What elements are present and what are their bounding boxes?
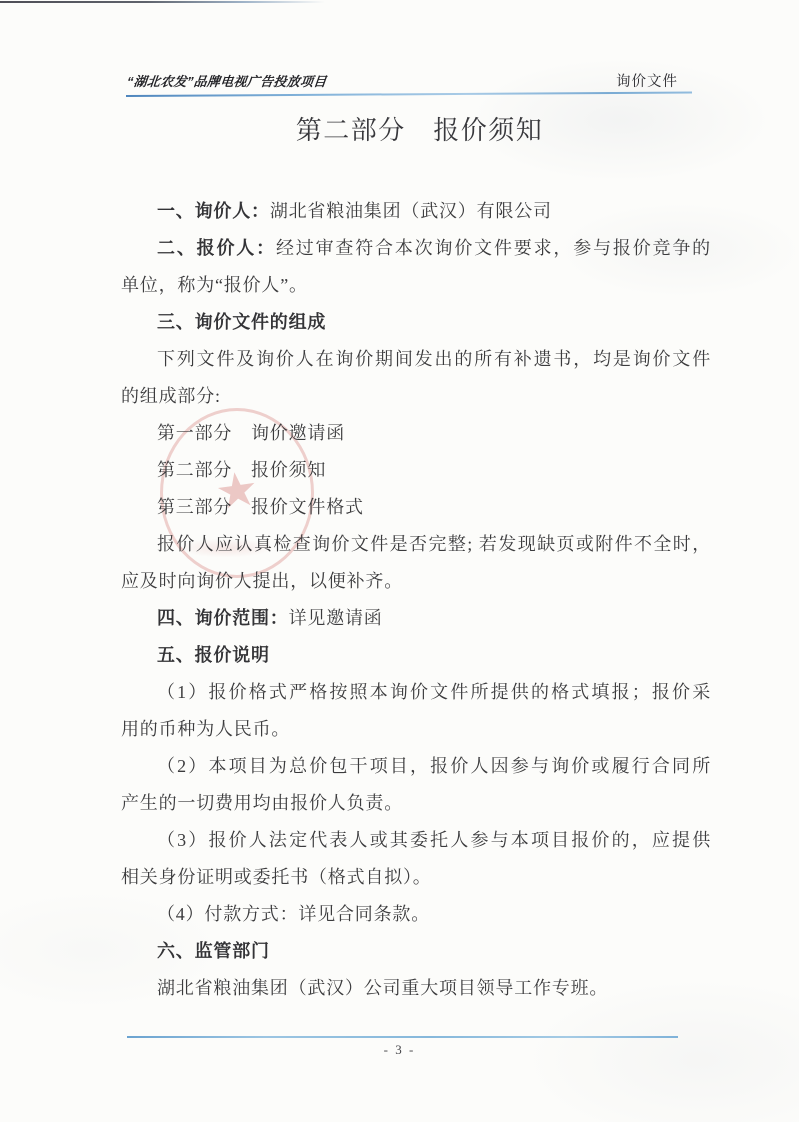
body-line: 二、报价人：经过审查符合本次询价文件要求，参与报价竞争的: [121, 230, 711, 267]
page-header: “湖北农发”品牌电视广告投放项目 询价文件: [127, 70, 678, 91]
body-line: 五、报价说明: [121, 637, 711, 674]
body-line-text: 详见邀请函: [289, 608, 383, 628]
body-line: 四、询价范围：详见邀请函: [121, 600, 711, 637]
body-line-text: 的组成部分:: [121, 386, 221, 406]
body-line-text: （2）本项目为总价包干项目，报价人因参与询价或履行合同所: [157, 756, 711, 776]
body-line: 三、询价文件的组成: [121, 304, 711, 341]
body-line: 的组成部分:: [121, 378, 711, 415]
body-line: 下列文件及询价人在询价期间发出的所有补遗书，均是询价文件: [121, 341, 711, 378]
body-line-text: 第三部分 报价文件格式: [157, 497, 364, 517]
body-line-text: 湖北省粮油集团（武汉）有限公司: [270, 201, 552, 221]
body-line: （3）报价人法定代表人或其委托人参与本项目报价的，应提供: [121, 822, 711, 859]
body-line: 应及时向询价人提出，以便补齐。: [121, 563, 711, 600]
body-line-text: 第二部分 报价须知: [157, 460, 326, 480]
footer-rule: [127, 1036, 678, 1038]
body-line-text: （3）报价人法定代表人或其委托人参与本项目报价的，应提供: [157, 830, 711, 850]
page-number: - 3 -: [0, 1042, 799, 1058]
scan-edge-artifact: [0, 1, 325, 3]
body-text: 一、询价人：湖北省粮油集团（武汉）有限公司二、报价人：经过审查符合本次询价文件要…: [121, 193, 711, 1007]
header-doc-type: 询价文件: [616, 70, 678, 91]
body-line-heading: 五、报价说明: [157, 645, 270, 665]
body-line: （1）报价格式严格按照本询价文件所提供的格式填报；报价采: [121, 674, 711, 711]
body-line: 相关身份证明或委托书（格式自拟）。: [121, 859, 711, 896]
document-page: “湖北农发”品牌电视广告投放项目 询价文件 第二部分 报价须知 ★ 一、询价人：…: [0, 0, 799, 1122]
body-line-text: 用的币种为人民币。: [121, 719, 290, 739]
body-line: 单位，称为“报价人”。: [121, 267, 711, 304]
body-line-text: 第一部分 询价邀请函: [157, 423, 345, 443]
body-line-text: （4）付款方式：详见合同条款。: [157, 904, 430, 924]
body-line-text: 应及时向询价人提出，以便补齐。: [121, 571, 403, 591]
body-line: 用的币种为人民币。: [121, 711, 711, 748]
body-line-heading: 二、报价人：: [157, 238, 276, 258]
body-line-text: （1）报价格式严格按照本询价文件所提供的格式填报；报价采: [157, 682, 711, 702]
body-line: 第三部分 报价文件格式: [121, 489, 711, 526]
body-line-heading: 六、监管部门: [157, 941, 270, 961]
body-line: （2）本项目为总价包干项目，报价人因参与询价或履行合同所: [121, 748, 711, 785]
body-line: （4）付款方式：详见合同条款。: [121, 896, 711, 933]
body-line: 第二部分 报价须知: [121, 452, 711, 489]
body-line-text: 单位，称为“报价人”。: [121, 275, 308, 295]
body-line-text: 产生的一切费用均由报价人负责。: [121, 793, 403, 813]
body-line-heading: 一、询价人：: [157, 201, 270, 221]
body-line-text: 下列文件及询价人在询价期间发出的所有补遗书，均是询价文件: [157, 349, 711, 369]
page-title: 第二部分 报价须知: [40, 110, 799, 147]
body-line-heading: 三、询价文件的组成: [157, 312, 326, 332]
body-line-text: 经过审查符合本次询价文件要求，参与报价竞争的: [276, 238, 711, 258]
body-line: 产生的一切费用均由报价人负责。: [121, 785, 711, 822]
body-line-heading: 四、询价范围：: [157, 608, 289, 628]
body-line: 六、监管部门: [121, 933, 711, 970]
body-line: 报价人应认真检查询价文件是否完整; 若发现缺页或附件不全时，: [121, 526, 711, 563]
body-line-text: 相关身份证明或委托书（格式自拟）。: [121, 867, 432, 887]
body-line: 湖北省粮油集团（武汉）公司重大项目领导工作专班。: [121, 970, 711, 1007]
body-line-text: 报价人应认真检查询价文件是否完整; 若发现缺页或附件不全时，: [157, 534, 711, 554]
body-line: 一、询价人：湖北省粮油集团（武汉）有限公司: [121, 193, 711, 230]
header-rule: [126, 92, 692, 97]
body-line-text: 湖北省粮油集团（武汉）公司重大项目领导工作专班。: [157, 978, 608, 998]
header-project-title: “湖北农发”品牌电视广告投放项目: [126, 71, 328, 90]
body-line: 第一部分 询价邀请函: [121, 415, 711, 452]
